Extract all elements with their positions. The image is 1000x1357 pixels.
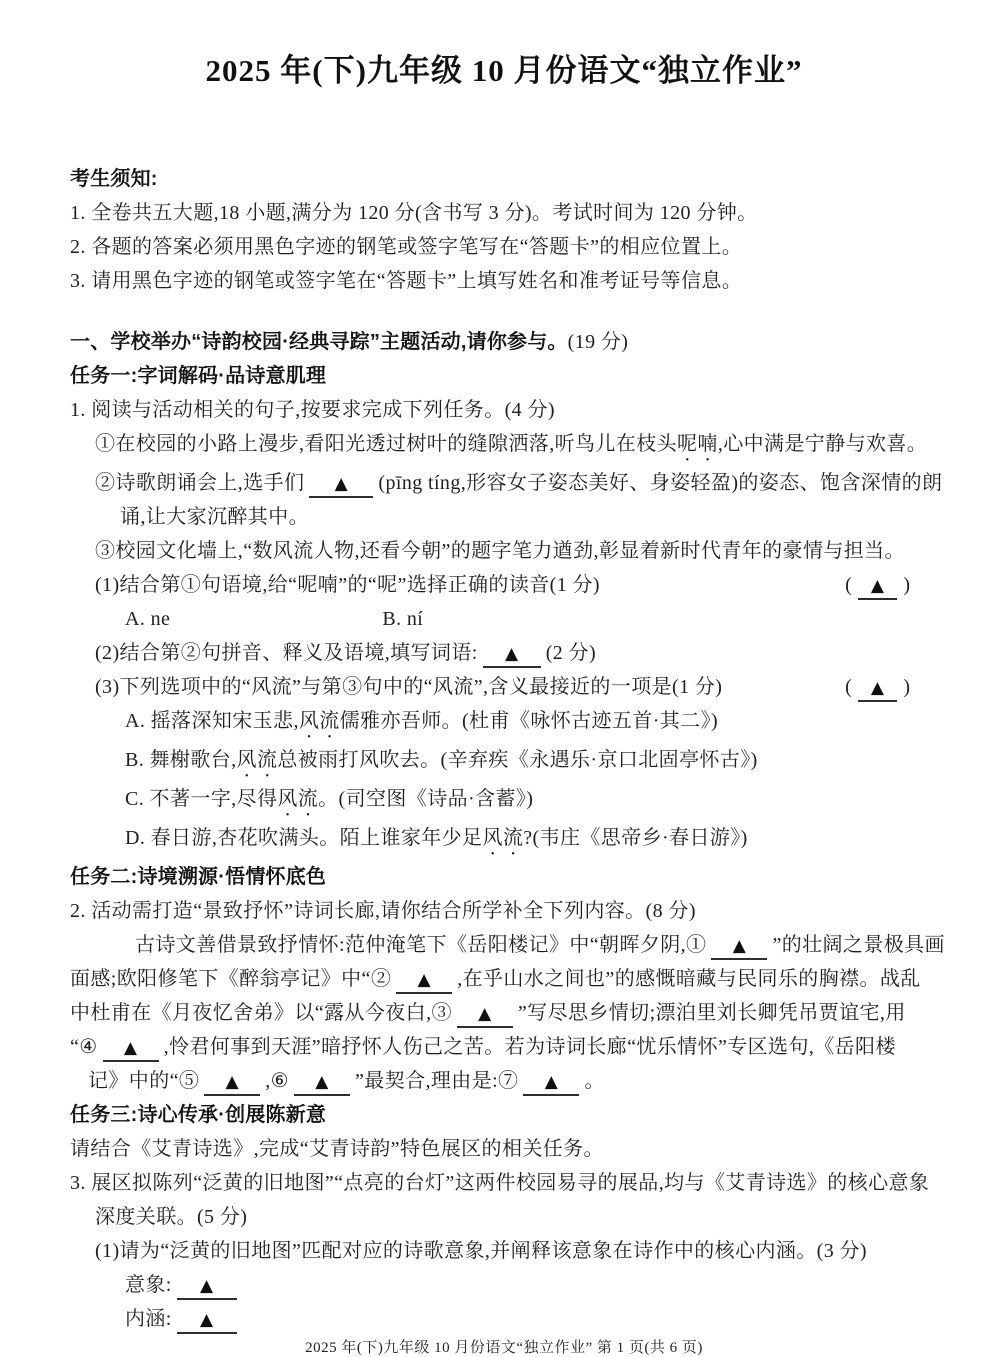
answer-marker-icon: ▲ (871, 576, 884, 596)
question-2: 2. 活动需打造“景致抒怀”诗词长廊,请你结合所学补全下列内容。(8 分) (70, 894, 938, 928)
answer-marker-icon: ▲ (417, 970, 430, 990)
answer-marker-icon: ▲ (200, 1276, 213, 1296)
text-segment: ”的壮阔之景极具画 (772, 934, 944, 956)
answer-marker-icon: ▲ (733, 936, 746, 956)
question-1-1: (1)结合第①句语境,给“呢喃”的“呢”选择正确的读音(1 分)(▲) (95, 568, 938, 602)
text-segment: 总被雨打风吹去。(辛弃疾《永遇乐·京口北固亭怀古》) (277, 749, 757, 771)
text-segment: 儒雅亦吾师。(杜甫《咏怀古迹五首·其二》) (340, 710, 718, 732)
emphasized-text: 风流 (237, 749, 278, 771)
emphasized-text: 风流 (277, 788, 318, 810)
answer-blank: ▲ (103, 1034, 159, 1062)
text-segment: B. 舞榭歌台, (125, 749, 237, 771)
text-segment: 请结合《艾青诗选》,完成“艾青诗韵”特色展区的相关任务。 (70, 1138, 604, 1160)
text-segment: D. 春日游,杏花吹满头。陌上谁家年少足 (125, 827, 482, 849)
option-d: D. 春日游,杏花吹满头。陌上谁家年少足风流?(韦庄《思帝乡·春日游》) (125, 821, 938, 860)
text-segment: 3. 展区拟陈列“泛黄的旧地图”“点亮的台灯”这两件校园易寻的展品,均与《艾青诗… (70, 1172, 929, 1194)
answer-blank: ▲ (177, 1306, 237, 1334)
answer-bracket: (▲) (839, 670, 916, 704)
answer-field-image: 意象:▲ (125, 1268, 938, 1302)
answer-blank: ▲ (858, 674, 897, 702)
heading-text: 一、学校举办“诗韵校园·经典寻踪”主题活动,请你参与。 (70, 331, 568, 353)
text-segment: ,在乎山水之间也”的感慨暗藏与民同乐的胸襟。战乱 (457, 968, 920, 990)
task-three-intro: 请结合《艾青诗选》,完成“艾青诗韵”特色展区的相关任务。 (70, 1132, 938, 1166)
document-lines: 考生须知:1. 全卷共五大题,18 小题,满分为 120 分(含书写 3 分)。… (70, 162, 938, 1336)
bracket-close: ) (897, 574, 916, 596)
text-segment: 1. 阅读与活动相关的句子,按要求完成下列任务。(4 分) (70, 399, 555, 421)
text-segment: 。 (584, 1070, 604, 1092)
question-1: 1. 阅读与活动相关的句子,按要求完成下列任务。(4 分) (70, 393, 938, 427)
emphasized-text: 风流 (482, 827, 523, 849)
text-segment: 内涵: (125, 1308, 172, 1330)
passage-line-1: 古诗文善借景致抒情怀:范仲淹笔下《岳阳楼记》中“朝晖夕阴,①▲”的壮阔之景极具画 (135, 928, 938, 962)
bracket-close: ) (897, 676, 916, 698)
task-three-header: 任务三:诗心传承·创展陈新意 (70, 1098, 938, 1132)
sentence-3: ③校园文化墙上,“数风流人物,还看今朝”的题字笔力遒劲,彰显着新时代青年的豪情与… (95, 534, 938, 568)
emphasized-text: 风流 (299, 710, 340, 732)
sentence-1: ①在校园的小路上漫步,看阳光透过树叶的缝隙洒落,听鸟儿在枝头呢喃,心中满是宁静与… (95, 427, 938, 466)
text-segment: 意象: (125, 1274, 172, 1296)
answer-blank: ▲ (858, 572, 897, 600)
answer-blank: ▲ (457, 1000, 513, 1028)
option-c: C. 不著一字,尽得风流。(司空图《诗品·含蓄》) (125, 782, 938, 821)
text-segment: (1)请为“泛黄的旧地图”匹配对应的诗歌意象,并阐释该意象在诗作中的核心内涵。(… (95, 1240, 867, 1262)
text-segment: 深度关联。(5 分) (95, 1206, 247, 1228)
text-segment: 任务三:诗心传承·创展陈新意 (70, 1104, 326, 1126)
sentence-2: ②诗歌朗诵会上,选手们▲(pīng tíng,形容女子姿态美好、身姿轻盈)的姿态… (95, 466, 938, 500)
answer-blank: ▲ (711, 932, 767, 960)
text-segment: “④ (70, 1036, 98, 1058)
text-segment: (2)结合第②句拼音、释义及语境,填写词语: (95, 642, 478, 664)
question-3-line-2: 深度关联。(5 分) (95, 1200, 938, 1234)
text-segment: C. 不著一字,尽得 (125, 788, 277, 810)
text-segment: B. ní (382, 608, 423, 630)
exam-paper-page: 2025 年(下)九年级 10 月份语文“独立作业” 考生须知:1. 全卷共五大… (0, 0, 1000, 1357)
task-two-header: 任务二:诗境溯源·悟情怀底色 (70, 860, 938, 894)
page-title: 2025 年(下)九年级 10 月份语文“独立作业” (70, 50, 938, 92)
passage-line-3: 中杜甫在《月夜忆舍弟》以“露从今夜白,③▲”写尽思乡情切;漂泊里刘长卿凭吊贾谊宅… (70, 996, 938, 1030)
answer-blank: ▲ (294, 1068, 350, 1096)
task-one-header: 任务一:字词解码·品诗意肌理 (70, 359, 938, 393)
text-segment: ”写尽思乡情切;漂泊里刘长卿凭吊贾谊宅,用 (518, 1002, 906, 1024)
bracket-open: ( (839, 574, 858, 596)
answer-marker-icon: ▲ (871, 678, 884, 698)
text-segment: A. ne (125, 608, 170, 630)
text-segment: ③校园文化墙上,“数风流人物,还看今朝”的题字笔力遒劲,彰显着新时代青年的豪情与… (95, 540, 905, 562)
text-segment: (3)下列选项中的“风流”与第③句中的“风流”,含义最接近的一项是(1 分) (95, 676, 722, 698)
question-1-1-options: A. neB. ní (125, 602, 938, 636)
sentence-2-cont: 诵,让大家沉醉其中。 (120, 500, 938, 534)
text-segment: 古诗文善借景致抒情怀:范仲淹笔下《岳阳楼记》中“朝晖夕阴,① (135, 934, 706, 956)
text-segment: 任务一:字词解码·品诗意肌理 (70, 365, 326, 387)
text-segment: (1)结合第①句语境,给“呢喃”的“呢”选择正确的读音(1 分) (95, 574, 600, 596)
passage-line-5: 记》中的“⑤▲,⑥▲”最契合,理由是:⑦▲。 (88, 1064, 938, 1098)
question-1-3: (3)下列选项中的“风流”与第③句中的“风流”,含义最接近的一项是(1 分)(▲… (95, 670, 938, 704)
question-1-2: (2)结合第②句拼音、释义及语境,填写词语:▲(2 分) (95, 636, 938, 670)
answer-blank: ▲ (204, 1068, 260, 1096)
notice-item-1: 1. 全卷共五大题,18 小题,满分为 120 分(含书写 3 分)。考试时间为… (70, 196, 938, 230)
option-b: B. 舞榭歌台,风流总被雨打风吹去。(辛弃疾《永遇乐·京口北固亭怀古》) (125, 743, 938, 782)
text-segment: ,心中满是宁静与欢喜。 (718, 433, 927, 455)
text-segment: ,怜君何事到天涯”暗抒怀人伤己之苦。若为诗词长廊“忧乐情怀”专区选句,《岳阳楼 (164, 1036, 896, 1058)
answer-blank: ▲ (396, 966, 452, 994)
text-segment: (pīng tíng,形容女子姿态美好、身姿轻盈)的姿态、饱含深情的朗 (378, 472, 942, 494)
passage-line-2: 面感;欧阳修笔下《醉翁亭记》中“②▲,在乎山水之间也”的感慨暗藏与民同乐的胸襟。… (70, 962, 938, 996)
answer-blank: ▲ (309, 470, 373, 498)
question-3-1: (1)请为“泛黄的旧地图”匹配对应的诗歌意象,并阐释该意象在诗作中的核心内涵。(… (95, 1234, 938, 1268)
page-footer: 2025 年(下)九年级 10 月份语文“独立作业” 第 1 页(共 6 页) (70, 1336, 938, 1357)
text-segment: 2. 各题的答案必须用黑色字迹的钢笔或签字笔写在“答题卡”的相应位置上。 (70, 236, 742, 258)
text-segment: 记》中的“⑤ (88, 1070, 199, 1092)
text-segment: 3. 请用黑色字迹的钢笔或签字笔在“答题卡”上填写姓名和准考证号等信息。 (70, 270, 742, 292)
answer-field-meaning: 内涵:▲ (125, 1302, 938, 1336)
answer-marker-icon: ▲ (335, 474, 348, 494)
text-segment: ②诗歌朗诵会上,选手们 (95, 472, 304, 494)
answer-marker-icon: ▲ (200, 1310, 213, 1330)
answer-blank: ▲ (483, 640, 541, 668)
text-segment: A. 摇落深知宋玉悲, (125, 710, 299, 732)
section-one-header: 一、学校举办“诗韵校园·经典寻踪”主题活动,请你参与。(19 分) (70, 325, 938, 359)
text-segment: 中杜甫在《月夜忆舍弟》以“露从今夜白,③ (70, 1002, 452, 1024)
answer-marker-icon: ▲ (226, 1072, 239, 1092)
question-3-line-1: 3. 展区拟陈列“泛黄的旧地图”“点亮的台灯”这两件校园易寻的展品,均与《艾青诗… (70, 1166, 938, 1200)
answer-marker-icon: ▲ (545, 1072, 558, 1092)
notice-item-2: 2. 各题的答案必须用黑色字迹的钢笔或签字笔写在“答题卡”的相应位置上。 (70, 230, 938, 264)
emphasized-text: 呢喃 (677, 433, 718, 455)
passage-line-4: “④▲,怜君何事到天涯”暗抒怀人伤己之苦。若为诗词长廊“忧乐情怀”专区选句,《岳… (70, 1030, 938, 1064)
text-segment: ①在校园的小路上漫步,看阳光透过树叶的缝隙洒落,听鸟儿在枝头 (95, 433, 677, 455)
answer-marker-icon: ▲ (478, 1004, 491, 1024)
text-segment: 考生须知: (70, 168, 158, 190)
text-segment: 诵,让大家沉醉其中。 (120, 506, 309, 528)
text-segment: 2. 活动需打造“景致抒怀”诗词长廊,请你结合所学补全下列内容。(8 分) (70, 900, 696, 922)
text-segment: ”最契合,理由是:⑦ (355, 1070, 518, 1092)
bracket-open: ( (839, 676, 858, 698)
text-segment: 任务二:诗境溯源·悟情怀底色 (70, 866, 326, 888)
text-segment: ,⑥ (265, 1070, 289, 1092)
answer-blank: ▲ (177, 1272, 237, 1300)
text-segment: 。(司空图《诗品·含蓄》) (318, 788, 533, 810)
text-segment: 1. 全卷共五大题,18 小题,满分为 120 分(含书写 3 分)。考试时间为… (70, 202, 758, 224)
text-segment: ?(韦庄《思帝乡·春日游》) (523, 827, 747, 849)
option-a: A. 摇落深知宋玉悲,风流儒雅亦吾师。(杜甫《咏怀古迹五首·其二》) (125, 704, 938, 743)
text-segment: (19 分) (568, 331, 629, 353)
answer-marker-icon: ▲ (315, 1072, 328, 1092)
notice-item-3: 3. 请用黑色字迹的钢笔或签字笔在“答题卡”上填写姓名和准考证号等信息。 (70, 264, 938, 298)
notice-title: 考生须知: (70, 162, 938, 196)
answer-blank: ▲ (523, 1068, 579, 1096)
answer-marker-icon: ▲ (505, 644, 518, 664)
text-segment: 面感;欧阳修笔下《醉翁亭记》中“② (70, 968, 391, 990)
answer-marker-icon: ▲ (124, 1038, 137, 1058)
text-segment: (2 分) (546, 642, 596, 664)
answer-bracket: (▲) (839, 568, 916, 602)
